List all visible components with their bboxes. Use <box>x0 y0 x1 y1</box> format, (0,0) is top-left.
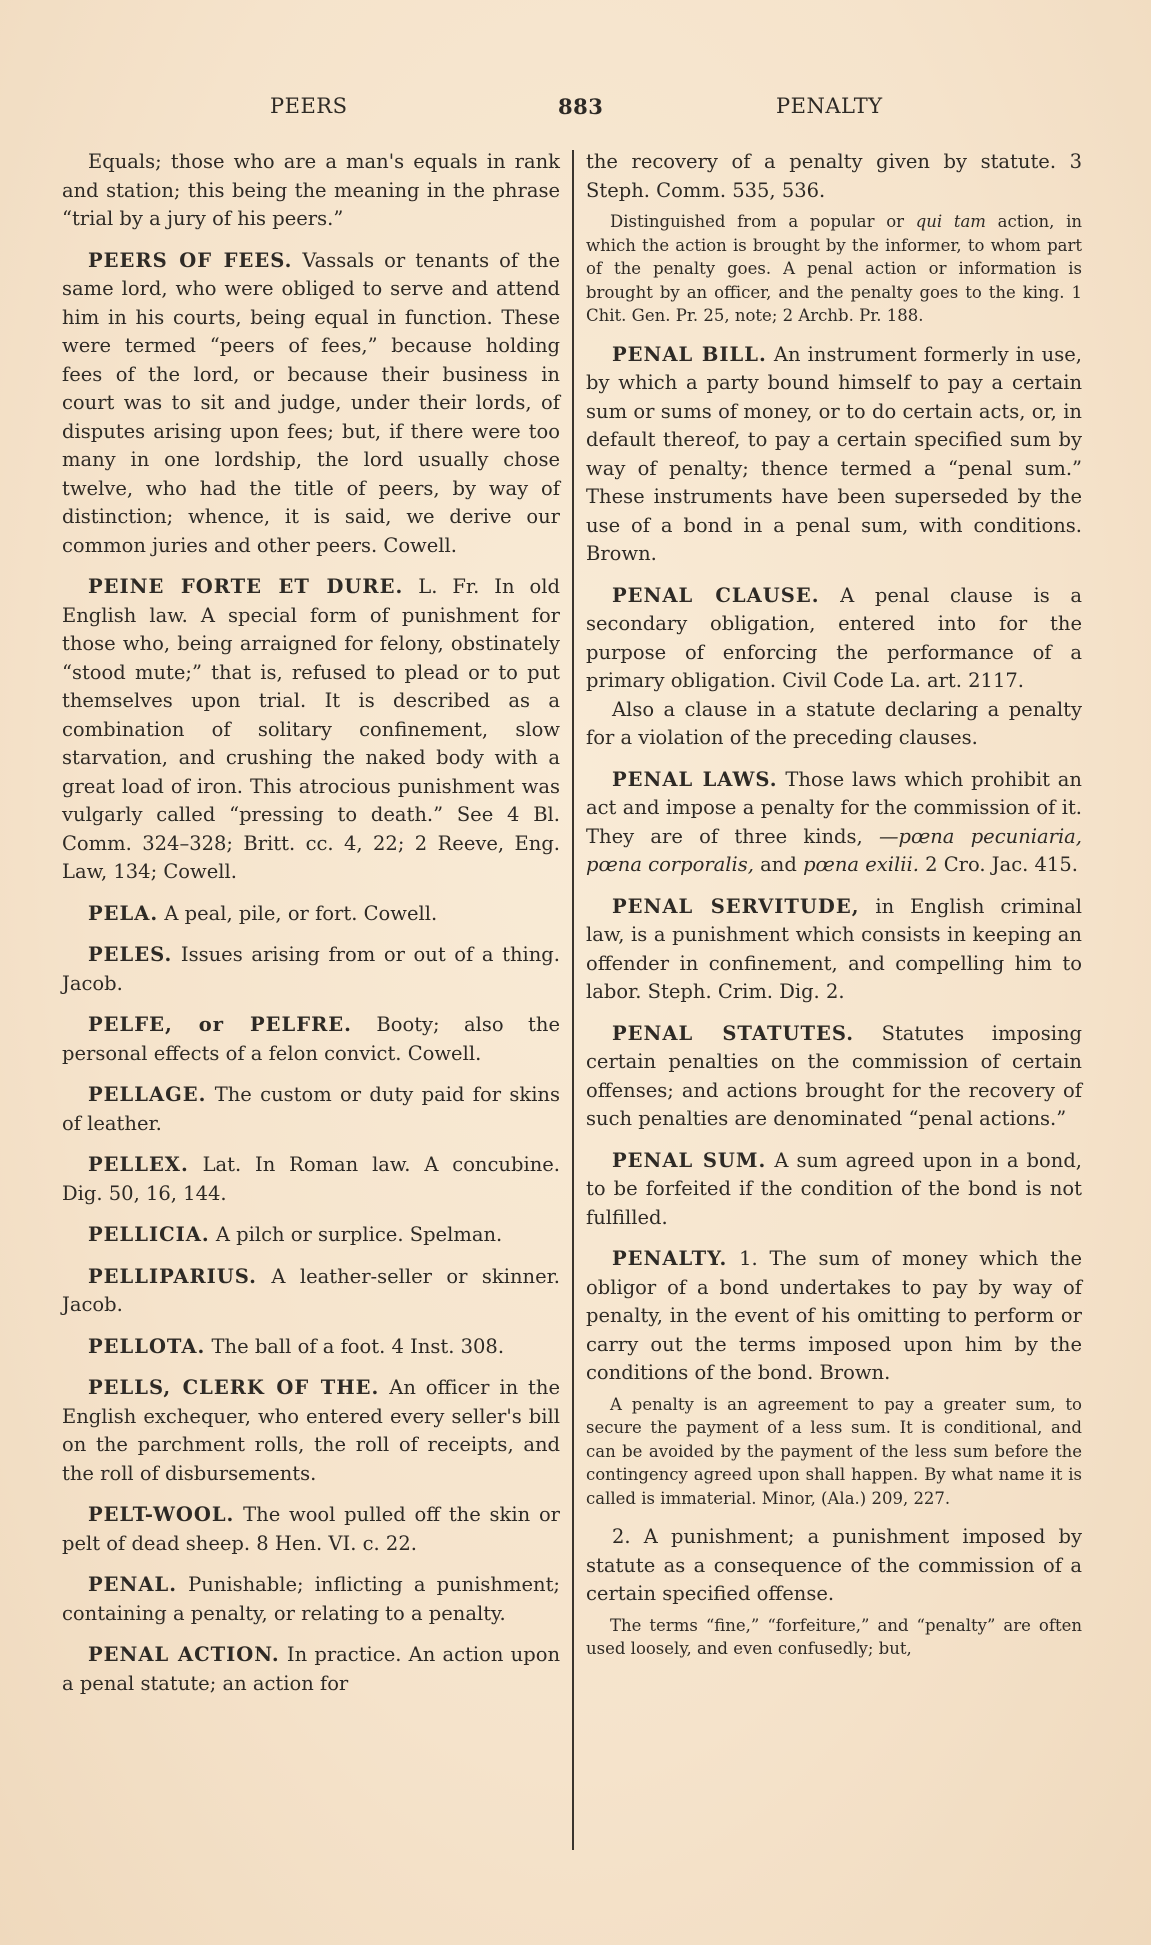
penal-clause-extra: Also a clause in a statute declaring a p… <box>586 696 1082 753</box>
right-guide-word: PENALTY <box>776 94 883 118</box>
entry-peles: PELES. Issues arising from or out of a t… <box>62 941 560 998</box>
entry-penal-statutes: PENAL STATUTES. Statutes imposing certai… <box>586 1020 1082 1134</box>
entry-penal-laws: PENAL LAWS. Those laws which prohibit an… <box>586 766 1082 880</box>
entry-term: PENAL LAWS. <box>612 768 778 791</box>
entry-peine-forte-et-dure: PEINE FORTE ET DURE. L. Fr. In old Engli… <box>62 573 560 887</box>
entry-peers-continuation: Equals; those who are a man's equals in … <box>62 148 560 234</box>
latin-term: pœna exilii. <box>803 853 919 876</box>
entry-penalty: PENALTY. 1. The sum of money which the o… <box>586 1245 1082 1388</box>
entry-penal-clause: PENAL CLAUSE. A penal clause is a second… <box>586 582 1082 696</box>
entry-term: PENAL SERVITUDE, <box>612 895 860 918</box>
entry-penal-action-continuation: the recovery of a penalty given by statu… <box>586 148 1082 205</box>
entry-term: PELA. <box>88 902 158 925</box>
entry-term: PELLAGE. <box>88 1083 206 1106</box>
entry-pelt-wool: PELT-WOOL. The wool pulled off the skin … <box>62 1501 560 1558</box>
entry-term: PENALTY. <box>612 1247 727 1270</box>
left-guide-word: PEERS <box>270 94 348 118</box>
entry-peers-of-fees: PEERS OF FEES. Vassals or tenants of the… <box>62 247 560 561</box>
note-text: Distinguished from a popular or <box>610 212 916 231</box>
entry-penal-sum: PENAL SUM. A sum agreed upon in a bond, … <box>586 1147 1082 1233</box>
entry-pellicia: PELLICIA. A pilch or surplice. Spelman. <box>62 1221 560 1250</box>
entry-term: PENAL BILL. <box>612 343 767 366</box>
penalty-note-1: A penalty is an agreement to pay a great… <box>586 1393 1082 1511</box>
right-column: the recovery of a penalty given by statu… <box>586 148 1082 1674</box>
entry-pelfe: PELFE, or PELFRE. Booty; also the person… <box>62 1011 560 1068</box>
entry-penal-action: PENAL ACTION. In practice. An action upo… <box>62 1641 560 1698</box>
entry-pells-clerk-of-the: PELLS, CLERK OF THE. An officer in the E… <box>62 1374 560 1488</box>
entry-term: PELFE, or PELFRE. <box>88 1013 352 1036</box>
entry-term: PEINE FORTE ET DURE. <box>88 575 403 598</box>
entry-pela: PELA. A peal, pile, or fort. Cowell. <box>62 900 560 929</box>
entry-text: and <box>754 853 803 876</box>
entry-term: PELLICIA. <box>88 1223 210 1246</box>
entry-pellota: PELLOTA. The ball of a foot. 4 Inst. 308… <box>62 1333 560 1362</box>
entry-text: An instrument formerly in use, by which … <box>586 343 1082 566</box>
entry-text: L. Fr. In old English law. A special for… <box>62 575 560 883</box>
column-divider <box>572 150 574 1850</box>
page-number: 883 <box>558 94 603 119</box>
entry-text: Equals; those who are a man's equals in … <box>62 150 560 230</box>
citation: 2 Cro. Jac. 415. <box>919 853 1078 876</box>
left-column: Equals; those who are a man's equals in … <box>62 148 560 1711</box>
penal-action-note: Distinguished from a popular or qui tam … <box>586 210 1082 328</box>
entry-term: PELLOTA. <box>88 1335 205 1358</box>
entry-term: PELES. <box>88 943 172 966</box>
page-header: PEERS 883 PENALTY <box>0 94 1151 124</box>
entry-term: PELLIPARIUS. <box>88 1265 257 1288</box>
entry-term: PENAL CLAUSE. <box>612 584 820 607</box>
entry-pellage: PELLAGE. The custom or duty paid for ski… <box>62 1081 560 1138</box>
entry-term: PELLS, CLERK OF THE. <box>88 1376 379 1399</box>
entry-penal: PENAL. Punishable; inflicting a punishme… <box>62 1571 560 1628</box>
entry-penal-bill: PENAL BILL. An instrument formerly in us… <box>586 341 1082 569</box>
penalty-note-2: The terms “fine,” “forfeiture,” and “pen… <box>586 1614 1082 1661</box>
entry-penal-servitude: PENAL SERVITUDE, in English criminal law… <box>586 893 1082 1007</box>
entry-term: PENAL SUM. <box>612 1149 766 1172</box>
entry-text: The ball of a foot. 4 Inst. 308. <box>212 1335 505 1358</box>
dictionary-page: PEERS 883 PENALTY Equals; those who are … <box>0 0 1151 1945</box>
entry-term: PEERS OF FEES. <box>88 249 292 272</box>
entry-term: PENAL. <box>88 1573 177 1596</box>
entry-text: Vassals or tenants of the same lord, who… <box>62 249 560 557</box>
entry-term: PENAL ACTION. <box>88 1643 280 1666</box>
entry-pellex: PELLEX. Lat. In Roman law. A concubine. … <box>62 1151 560 1208</box>
entry-text: A peal, pile, or fort. Cowell. <box>164 902 437 925</box>
entry-text: A pilch or surplice. Spelman. <box>216 1223 502 1246</box>
entry-term: PELLEX. <box>88 1153 189 1176</box>
note-italic-term: qui tam <box>916 212 986 231</box>
entry-pelliparius: PELLIPARIUS. A leather-seller or skinner… <box>62 1263 560 1320</box>
entry-term: PENAL STATUTES. <box>612 1022 854 1045</box>
penalty-sense-2: 2. A punishment; a punishment imposed by… <box>586 1523 1082 1609</box>
entry-term: PELT-WOOL. <box>88 1503 234 1526</box>
